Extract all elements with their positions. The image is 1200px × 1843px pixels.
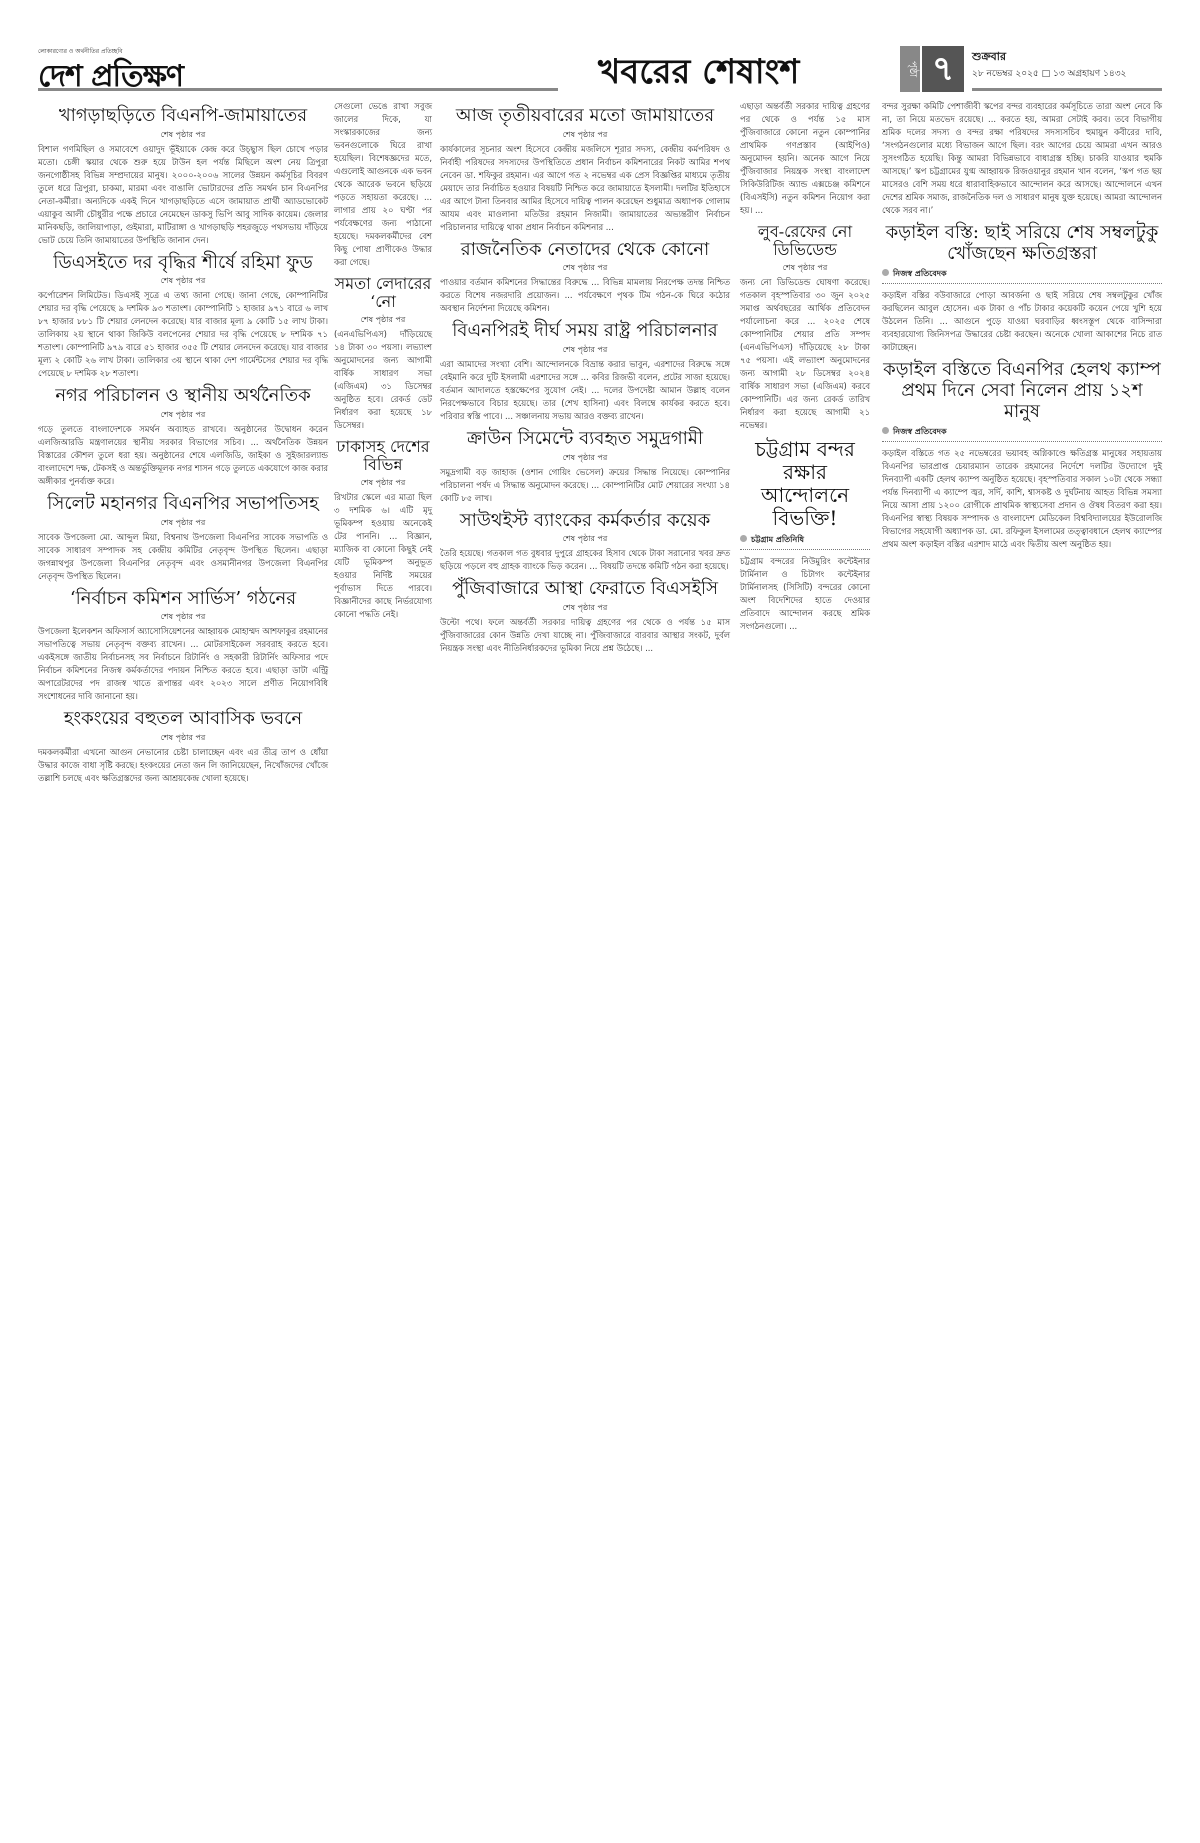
continued-label: শেষ পৃষ্ঠার পর — [38, 128, 328, 141]
dotted-divider — [882, 283, 1162, 284]
masthead: লোকারণ্যের ও অর্থনীতির প্রতিচ্ছবি দেশ প্… — [38, 38, 1162, 96]
article-headline[interactable]: কড়াইল বস্তিতে বিএনপির হেলথ ক্যাম্প প্রথ… — [882, 360, 1162, 422]
article[interactable]: লুব-রেফের নো ডিভিডেন্ড শেষ পৃষ্ঠার পর জন… — [740, 223, 870, 432]
article-body: তৈরি হয়েছে। গতকাল গত বুধবার দুপুরে গ্রা… — [440, 547, 730, 573]
article[interactable]: ঢাকাসহ দেশের বিভিন্ন শেষ পৃষ্ঠার পর রিখট… — [334, 438, 432, 621]
bullet-icon — [882, 427, 889, 434]
issue-date: ২৮ নভেম্বর ২০২৫ □ ১৩ অগ্রহায়ণ ১৪৩২ — [972, 66, 1126, 81]
column-1: খাগড়াছড়িতে বিএনপি-জামায়াতের শেষ পৃষ্ঠ… — [38, 100, 328, 786]
article-body: বিশাল গণমিছিল ও সমাবেশে ওয়াদুদ ভূঁইয়াক… — [38, 143, 328, 247]
article-body: বন্দর সুরক্ষা কমিটি পেশাজীবী স্কপের বন্দ… — [882, 100, 1162, 217]
dotted-divider — [882, 441, 1162, 442]
column-2: সেগুলো ভেঙে রাখা সবুজ জালের দিকে, যা সংস… — [334, 100, 432, 622]
article-headline[interactable]: নগর পরিচালন ও স্থানীয় অর্থনৈতিক — [38, 386, 328, 407]
article[interactable]: সিলেট মহানগর বিএনপির সভাপতিসহ শেষ পৃষ্ঠা… — [38, 494, 328, 583]
article[interactable]: পুঁজিবাজারে আস্থা ফেরাতে বিএসইসি শেষ পৃষ… — [440, 579, 730, 655]
newspaper-logo[interactable]: দেশ প্রতিক্ষণ — [38, 52, 183, 103]
article-body: এছাড়া অন্তর্বর্তী সরকার দায়িত্ব গ্রহণে… — [740, 100, 870, 217]
continued-label: শেষ পৃষ্ঠার পর — [440, 451, 730, 464]
article[interactable]: সাউথইস্ট ব্যাংকের কর্মকর্তার কয়েক শেষ প… — [440, 511, 730, 574]
continued-label: শেষ পৃষ্ঠার পর — [38, 610, 328, 623]
article-body: কড়াইল বস্তির বউবাজারে পোড়া আবর্জনা ও ছ… — [882, 289, 1162, 354]
article-body: চট্টগ্রাম বন্দরের নিউমুরিং কন্টেইনার টার… — [740, 555, 870, 633]
header-rule — [972, 88, 1162, 91]
article[interactable]: নগর পরিচালন ও স্থানীয় অর্থনৈতিক শেষ পৃষ… — [38, 386, 328, 488]
article-headline[interactable]: ‘নির্বাচন কমিশন সার্ভিস’ গঠনের — [38, 589, 328, 610]
article-body: সমুদ্রগামী বড় জাহাজ (ওশান গোয়িং ভেসেল)… — [440, 466, 730, 505]
byline: চট্টগ্রাম প্রতিনিধি — [740, 533, 870, 546]
article-headline[interactable]: ক্রাউন সিমেন্টে ব্যবহৃত সমুদ্রগামী — [440, 429, 730, 450]
article[interactable]: হংকংয়ের বহুতল আবাসিক ভবনে শেষ পৃষ্ঠার প… — [38, 709, 328, 785]
continued-label: শেষ পৃষ্ঠার পর — [440, 343, 730, 356]
article-headline[interactable]: রাজনৈতিক নেতাদের থেকে কোনো — [440, 240, 730, 261]
article-body: সাবেক উপজেলা মো. আব্দুল মিয়া, বিশ্বনাথ … — [38, 531, 328, 583]
article-body: জন্য নো ডিভিডেন্ড ঘোষণা করেছে। গতকাল বৃহ… — [740, 276, 870, 432]
article-headline[interactable]: খাগড়াছড়িতে বিএনপি-জামায়াতের — [38, 106, 328, 127]
article[interactable]: এছাড়া অন্তর্বর্তী সরকার দায়িত্ব গ্রহণে… — [740, 100, 870, 217]
article-headline[interactable]: সিলেট মহানগর বিএনপির সভাপতিসহ — [38, 494, 328, 515]
article[interactable]: কড়াইল বস্তিতে বিএনপির হেলথ ক্যাম্প প্রথ… — [882, 360, 1162, 551]
article-headline[interactable]: পুঁজিবাজারে আস্থা ফেরাতে বিএসইসি — [440, 579, 730, 600]
dotted-divider — [740, 549, 870, 550]
article[interactable]: কড়াইল বস্তি: ছাই সরিয়ে শেষ সম্বলটুকু খ… — [882, 223, 1162, 354]
issue-day: শুক্রবার — [972, 48, 1006, 67]
article-body: সেগুলো ভেঙে রাখা সবুজ জালের দিকে, যা সংস… — [334, 100, 432, 269]
article[interactable]: খাগড়াছড়িতে বিএনপি-জামায়াতের শেষ পৃষ্ঠ… — [38, 106, 328, 247]
continued-label: শেষ পৃষ্ঠার পর — [38, 516, 328, 529]
article-headline[interactable]: চট্টগ্রাম বন্দর রক্ষার আন্দোলনে বিভক্তি! — [740, 438, 870, 530]
column-3: আজ তৃতীয়বারের মতো জামায়াতের শেষ পৃষ্ঠা… — [440, 100, 730, 656]
article-body: রিখটার স্কেলে এর মাত্রা ছিল ৩ দশমিক ৬। এ… — [334, 491, 432, 621]
article-headline[interactable]: হংকংয়ের বহুতল আবাসিক ভবনে — [38, 709, 328, 730]
article-headline[interactable]: ঢাকাসহ দেশের বিভিন্ন — [334, 438, 432, 475]
bullet-icon — [740, 535, 747, 542]
article-headline[interactable]: সমতা লেদারের ‘নো — [334, 275, 432, 312]
article-body: উপজেলা ইলেকশন অফিসার্স অ্যাসোসিয়েশনের আ… — [38, 625, 328, 703]
continued-label: শেষ পৃষ্ঠার পর — [334, 313, 432, 326]
article-headline[interactable]: সাউথইস্ট ব্যাংকের কর্মকর্তার কয়েক — [440, 511, 730, 532]
continued-label: শেষ পৃষ্ঠার পর — [334, 476, 432, 489]
article-body: উল্টো পথে। ফলে অন্তর্বর্তী সরকার দায়িত্… — [440, 616, 730, 655]
continued-label: শেষ পৃষ্ঠার পর — [38, 408, 328, 421]
article-body: এরা আমাদের সংখ্যা বেশি। আন্দোলনকে বিভ্রা… — [440, 358, 730, 423]
article-body: কর্পোরেশন লিমিটেড। ডিএসই সূত্রে এ তথ্য জ… — [38, 289, 328, 380]
continued-label: শেষ পৃষ্ঠার পর — [440, 128, 730, 141]
column-4: এছাড়া অন্তর্বর্তী সরকার দায়িত্ব গ্রহণে… — [740, 100, 870, 634]
article[interactable]: রাজনৈতিক নেতাদের থেকে কোনো শেষ পৃষ্ঠার প… — [440, 240, 730, 316]
article[interactable]: চট্টগ্রাম বন্দর রক্ষার আন্দোলনে বিভক্তি!… — [740, 438, 870, 633]
article-body: দমকলকর্মীরা এখনো আগুন নেভানোর চেষ্টা চাল… — [38, 746, 328, 785]
article-headline[interactable]: কড়াইল বস্তি: ছাই সরিয়ে শেষ সম্বলটুকু খ… — [882, 223, 1162, 264]
article[interactable]: বন্দর সুরক্ষা কমিটি পেশাজীবী স্কপের বন্দ… — [882, 100, 1162, 217]
bullet-icon — [882, 269, 889, 276]
byline: নিজস্ব প্রতিবেদক — [882, 267, 1162, 280]
continued-label: শেষ পৃষ্ঠার পর — [740, 261, 870, 274]
continued-label: শেষ পৃষ্ঠার পর — [38, 274, 328, 287]
article[interactable]: বিএনপিরই দীর্ঘ সময় রাষ্ট্র পরিচালনার শে… — [440, 321, 730, 423]
article-headline[interactable]: লুব-রেফের নো ডিভিডেন্ড — [740, 223, 870, 260]
continued-label: শেষ পৃষ্ঠার পর — [440, 532, 730, 545]
article-body: গড়ে তুলতে বাংলাদেশকে সমর্থন অব্যাহত রাখ… — [38, 423, 328, 488]
article-body: কার্যকালের সূচনার অংশ হিসেবে কেন্দ্রীয় … — [440, 143, 730, 234]
section-title: খবরের শেষাংশ — [598, 46, 799, 103]
byline: নিজস্ব প্রতিবেদক — [882, 425, 1162, 438]
header-rule — [38, 88, 558, 91]
continued-label: শেষ পৃষ্ঠার পর — [38, 731, 328, 744]
article-body: কড়াইল বস্তিতে গত ২৫ নভেম্বরের ভয়াবহ অগ… — [882, 447, 1162, 551]
article[interactable]: ক্রাউন সিমেন্টে ব্যবহৃত সমুদ্রগামী শেষ প… — [440, 429, 730, 505]
column-5: বন্দর সুরক্ষা কমিটি পেশাজীবী স্কপের বন্দ… — [882, 100, 1162, 552]
article-headline[interactable]: ডিএসইতে দর বৃদ্ধির শীর্ষে রহিমা ফুড — [38, 253, 328, 274]
article-body: (এনএভিপিএস) দাঁড়িয়েছে ১৪ টাকা ৩০ পয়সা… — [334, 328, 432, 432]
continued-label: শেষ পৃষ্ঠার পর — [440, 601, 730, 614]
article-headline[interactable]: আজ তৃতীয়বারের মতো জামায়াতের — [440, 106, 730, 127]
article[interactable]: আজ তৃতীয়বারের মতো জামায়াতের শেষ পৃষ্ঠা… — [440, 106, 730, 234]
article-body: পাওয়ার বর্তমান কমিশনের সিদ্ধান্তের বিরু… — [440, 276, 730, 315]
article[interactable]: সমতা লেদারের ‘নো শেষ পৃষ্ঠার পর (এনএভিপি… — [334, 275, 432, 432]
page-number: ৭ — [922, 46, 964, 92]
continued-label: শেষ পৃষ্ঠার পর — [440, 261, 730, 274]
article[interactable]: ‘নির্বাচন কমিশন সার্ভিস’ গঠনের শেষ পৃষ্ঠ… — [38, 589, 328, 704]
article[interactable]: সেগুলো ভেঙে রাখা সবুজ জালের দিকে, যা সংস… — [334, 100, 432, 269]
article-headline[interactable]: বিএনপিরই দীর্ঘ সময় রাষ্ট্র পরিচালনার — [440, 321, 730, 342]
page-label: পৃষ্ঠা — [900, 46, 920, 92]
article[interactable]: ডিএসইতে দর বৃদ্ধির শীর্ষে রহিমা ফুড শেষ … — [38, 253, 328, 381]
